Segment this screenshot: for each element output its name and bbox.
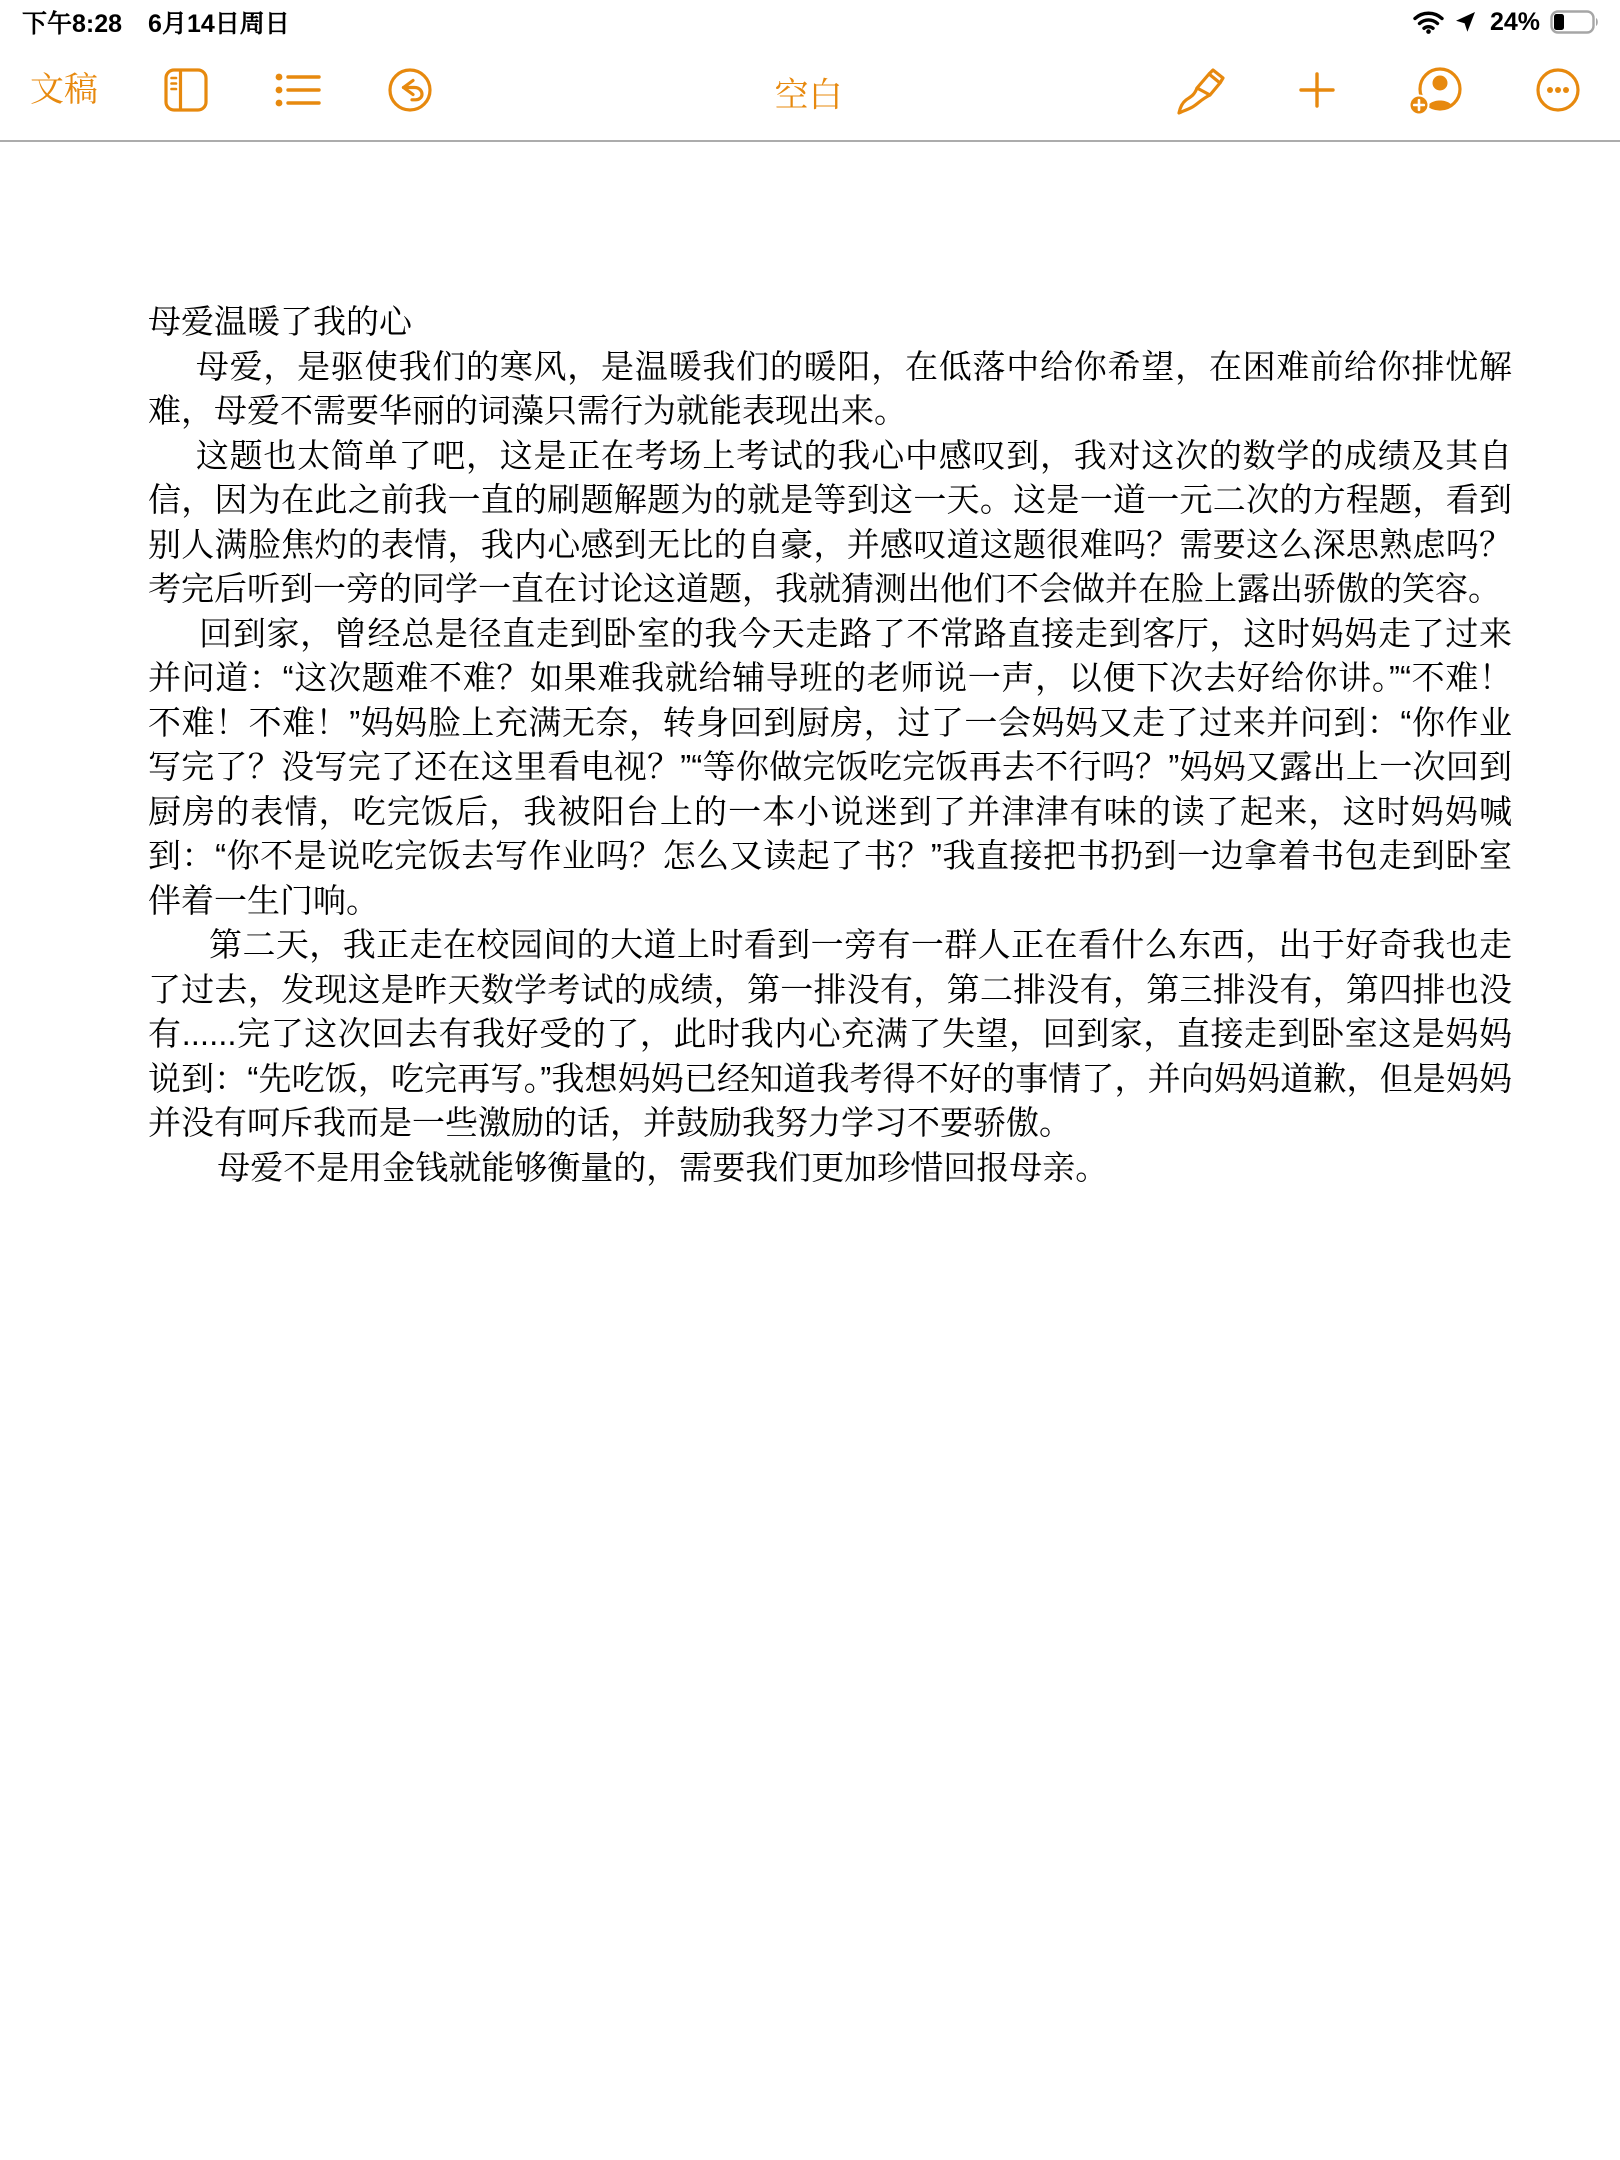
collaborate-button[interactable]: [1408, 64, 1464, 116]
toolbar: 文稿: [0, 40, 1620, 142]
undo-icon: [386, 66, 434, 114]
essay-paragraph: 母爱不是用金钱就能够衡量的，需要我们更加珍惜回报母亲。: [148, 1146, 1512, 1191]
bullet-list-icon: [274, 70, 322, 110]
document-title[interactable]: 空白: [775, 67, 843, 116]
undo-button[interactable]: [386, 66, 434, 114]
more-button[interactable]: [1534, 66, 1582, 114]
format-brush-icon: [1174, 64, 1226, 116]
essay-paragraph: 第二天，我正走在校园间的大道上时看到一旁有一群人正在看什么东西，出于好奇我也走了…: [148, 923, 1512, 1146]
add-icon: [1296, 69, 1338, 111]
add-button[interactable]: [1296, 69, 1338, 111]
essay-paragraph: 这题也太简单了吧，这是正在考场上考试的我心中感叹到，我对这次的数学的成绩及其自信…: [148, 434, 1512, 612]
document-canvas[interactable]: 母爱温暖了我的心 母爱，是驱使我们的寒风，是温暖我们的暖阳，在低落中给你希望，在…: [0, 142, 1620, 1190]
wifi-icon: [1413, 10, 1444, 34]
view-options-button[interactable]: [274, 70, 322, 110]
status-bar: 下午8:28 6月14日周日 24%: [0, 0, 1620, 40]
essay-title: 母爱温暖了我的心: [148, 300, 1512, 345]
location-arrow-icon: [1454, 11, 1476, 33]
battery-percent: 24%: [1490, 8, 1540, 37]
documents-button[interactable]: 文稿: [30, 73, 98, 107]
status-time: 下午8:28: [22, 4, 122, 40]
essay-paragraph: 回到家，曾经总是径直走到卧室的我今天走路了不常路直接走到客厅，这时妈妈走了过来并…: [148, 612, 1512, 924]
essay-paragraph: 母爱，是驱使我们的寒风，是温暖我们的暖阳，在低落中给你希望，在困难前给你排忧解难…: [148, 345, 1512, 434]
format-button[interactable]: [1174, 64, 1226, 116]
collaborate-add-person-icon: [1408, 64, 1464, 116]
more-ellipsis-icon: [1534, 66, 1582, 114]
page-navigator-button[interactable]: [162, 66, 210, 114]
page-navigator-icon: [162, 66, 210, 114]
battery-icon: [1550, 10, 1600, 34]
status-date: 6月14日周日: [148, 4, 290, 40]
